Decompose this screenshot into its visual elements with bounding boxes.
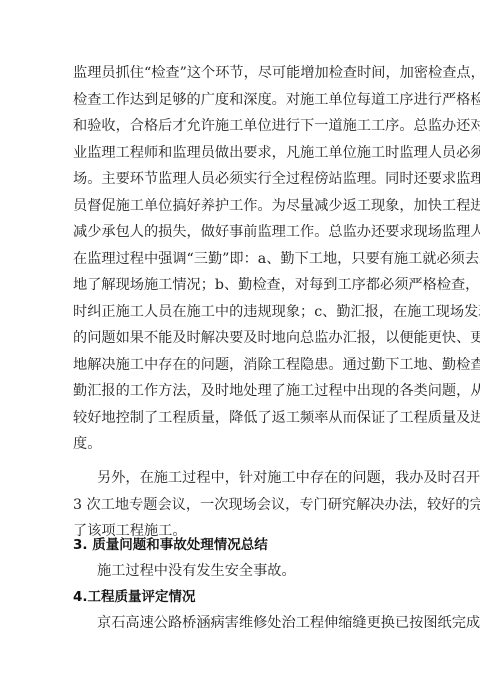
paragraph-line: 减少承包人的损失，做好事前监理工作。总监办还要求现场监理人员 xyxy=(73,223,407,241)
paragraph-line: 在监理过程中强调“三勤”即：a、勤下工地，只要有施工就必须去工 xyxy=(73,250,407,268)
section-heading: 3. 质量问题和事故处理情况总结 xyxy=(73,536,407,554)
paragraph-line: 度。 xyxy=(73,435,407,453)
paragraph-line: 场。主要环节监理人员必须实行全过程傍站监理。同时还要求监理人 xyxy=(73,170,407,188)
paragraph-line: 检查工作达到足够的广度和深度。对施工单位每道工序进行严格检查 xyxy=(73,91,407,109)
paragraph-line: 业监理工程师和监理员做出要求，凡施工单位施工时监理人员必须在 xyxy=(73,144,407,162)
paragraph-line: 另外，在施工过程中，针对施工中存在的问题，我办及时召开了 xyxy=(97,469,407,487)
document-page: 监理员抓住“检查”这个环节，尽可能增加检查时间，加密检查点，使 检查工作达到足够… xyxy=(0,0,480,700)
paragraph-line: 监理员抓住“检查”这个环节，尽可能增加检查时间，加密检查点，使 xyxy=(73,64,407,82)
paragraph-line: 3 次工地专题会议，一次现场会议，专门研究解决办法，较好的完成 xyxy=(73,496,407,514)
paragraph-line: 员督促施工单位搞好养护工作。为尽量减少返工现象，加快工程进度、 xyxy=(73,197,407,215)
section-body: 施工过程中没有发生安全事故。 xyxy=(97,562,407,580)
paragraph-line: 勤汇报的工作方法，及时地处理了施工过程中出现的各类问题，从而 xyxy=(73,382,407,400)
section-body: 京石高速公路桥涵病害维修处治工程伸缩缝更换已按图纸完成 xyxy=(97,614,407,632)
paragraph-line: 时纠正施工人员在施工中的违规现象；c、勤汇报，在施工现场发现 xyxy=(73,303,407,321)
paragraph-line: 的问题如果不能及时解决要及时地向总监办汇报，以便能更快、更好 xyxy=(73,329,407,347)
paragraph-line: 较好地控制了工程质量，降低了返工频率从而保证了工程质量及进 xyxy=(73,409,407,427)
paragraph-line: 地了解现场施工情况；b、勤检查，对每到工序都必须严格检查，及 xyxy=(73,276,407,294)
paragraph-line: 地解决施工中存在的问题，消除工程隐患。通过勤下工地、勤检查、 xyxy=(73,356,407,374)
paragraph-line: 和验收，合格后才允许施工单位进行下一道施工工序。总监办还对专 xyxy=(73,117,407,135)
section-heading: 4.工程质量评定情况 xyxy=(73,588,407,606)
